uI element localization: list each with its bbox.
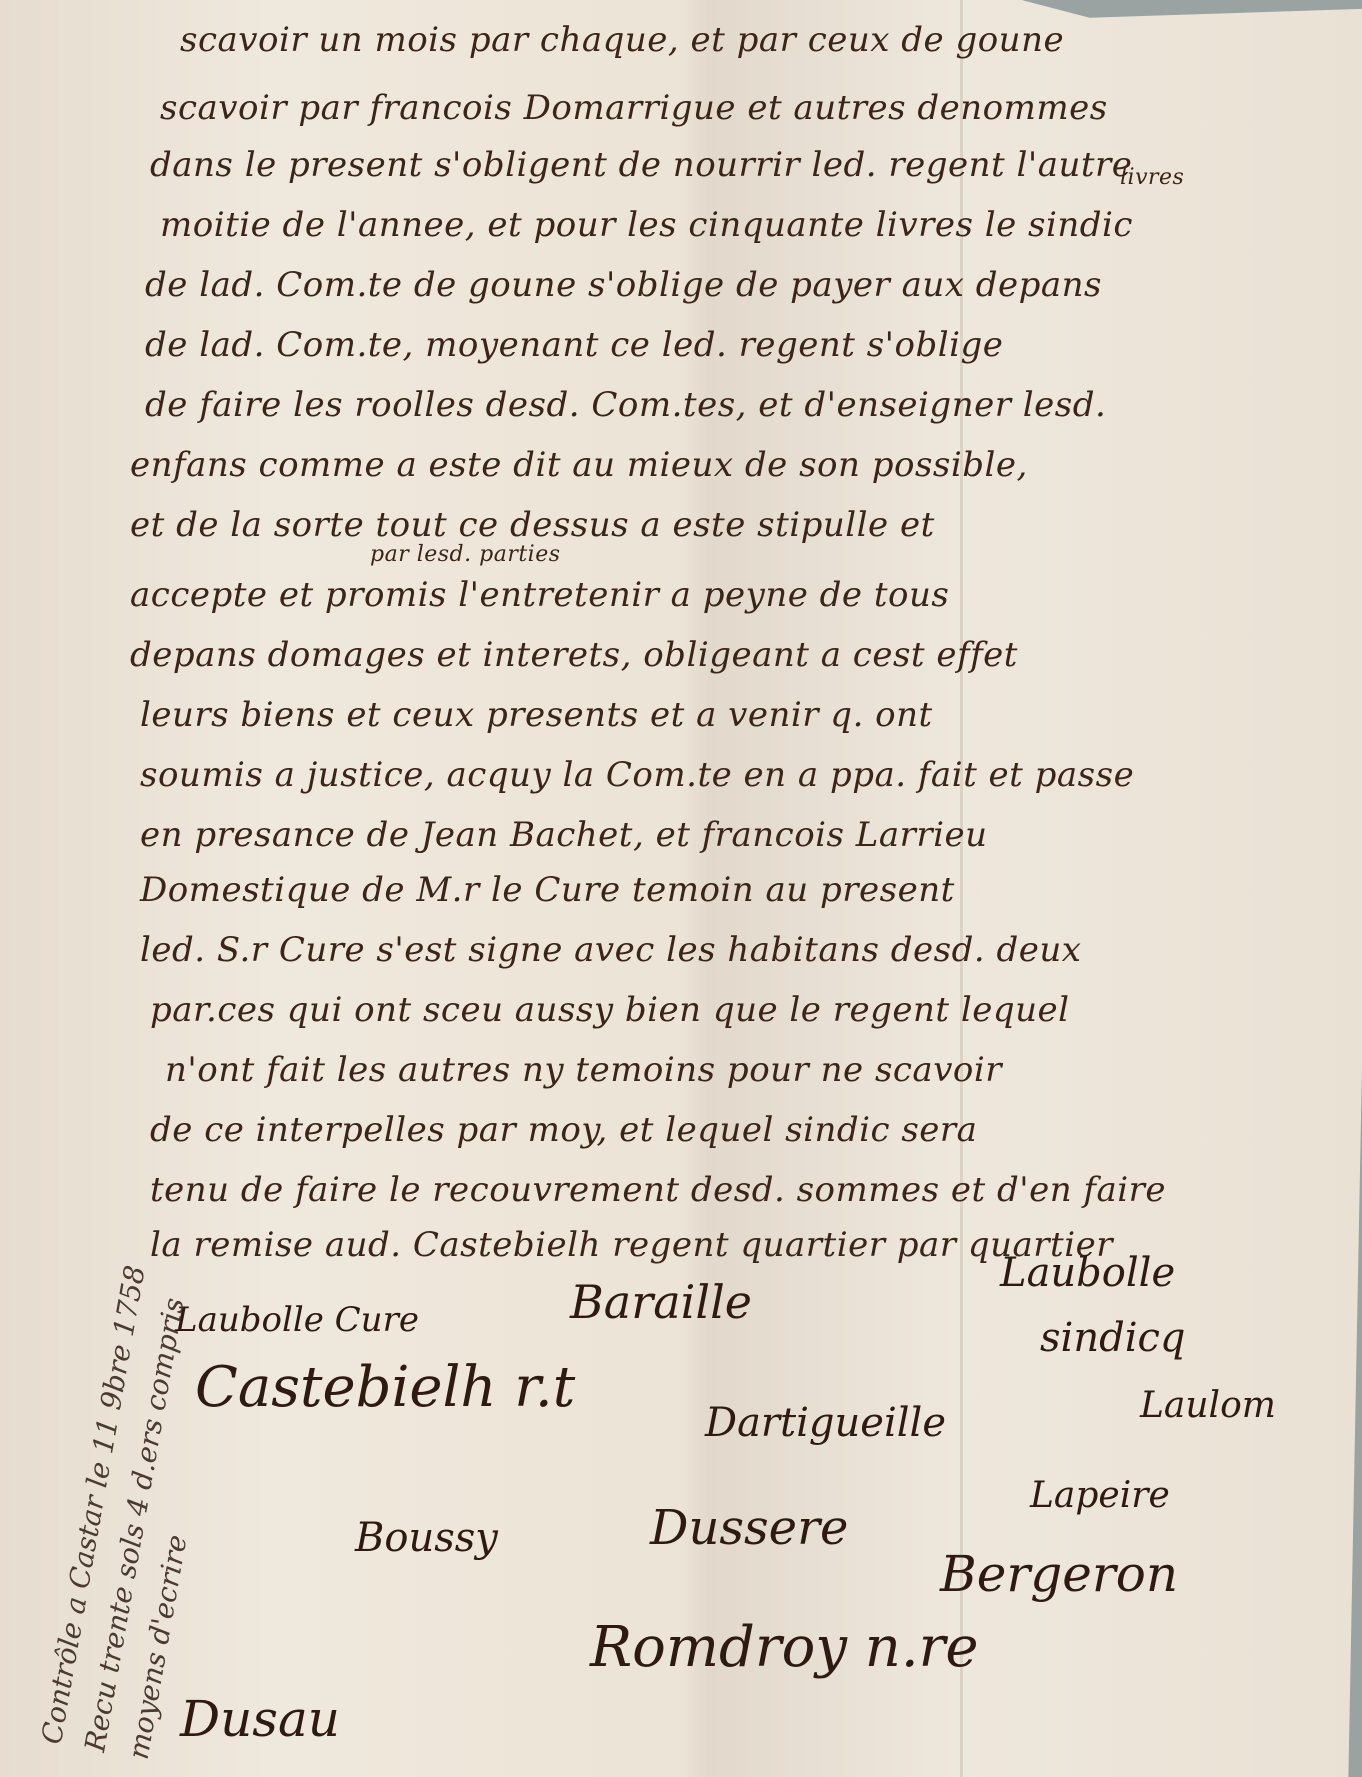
signature: Dusau: [180, 1690, 340, 1748]
signature: Dartigueille: [705, 1400, 946, 1446]
body-line: en presance de Jean Bachet, et francois …: [140, 815, 988, 855]
body-line: de lad. Com.te de goune s'oblige de paye…: [145, 265, 1102, 305]
signature: Lapeire: [1030, 1475, 1170, 1516]
body-line: par.ces qui ont sceu aussy bien que le r…: [150, 990, 1070, 1030]
interlinear-note: par lesd. parties: [370, 542, 561, 567]
signature: Castebielh r.t: [195, 1355, 575, 1420]
signature: sindicq: [1040, 1315, 1186, 1361]
body-line: la remise aud. Castebielh regent quartie…: [150, 1225, 1113, 1265]
body-line: accepte et promis l'entretenir a peyne d…: [130, 575, 949, 615]
signature: Romdroy n.re: [590, 1615, 979, 1680]
signature: Laubolle: [1000, 1250, 1175, 1296]
body-line: de lad. Com.te, moyenant ce led. regent …: [145, 325, 1003, 365]
body-line: n'ont fait les autres ny temoins pour ne…: [165, 1050, 1002, 1090]
signature: Laulom: [1140, 1385, 1276, 1426]
interlinear-note: livres: [1120, 165, 1184, 190]
body-line: soumis a justice, acquy la Com.te en a p…: [140, 755, 1134, 795]
body-line: led. S.r Cure s'est signe avec les habit…: [140, 930, 1081, 970]
body-line: leurs biens et ceux presents et a venir …: [140, 695, 933, 735]
body-line: et de la sorte tout ce dessus a este sti…: [130, 505, 935, 545]
body-line: de faire les roolles desd. Com.tes, et d…: [145, 385, 1106, 425]
body-line: de ce interpelles par moy, et lequel sin…: [150, 1110, 977, 1150]
body-line: depans domages et interets, obligeant a …: [130, 635, 1018, 675]
body-line: tenu de faire le recouvrement desd. somm…: [150, 1170, 1166, 1210]
body-line: dans le present s'obligent de nourrir le…: [150, 145, 1132, 185]
signature: Bergeron: [940, 1545, 1178, 1603]
manuscript-page: scavoir un mois par chaque, et par ceux …: [0, 0, 1362, 1777]
body-line: Domestique de M.r le Cure temoin au pres…: [140, 870, 955, 910]
body-line: enfans comme a este dit au mieux de son …: [130, 445, 1028, 485]
signature: Baraille: [570, 1275, 752, 1329]
body-line: scavoir par francois Domarrigue et autre…: [160, 88, 1108, 128]
signature: Boussy: [355, 1515, 498, 1561]
margin-note: Contrôle a Castar le 11 9bre 1758 Recu t…: [30, 1262, 244, 1763]
body-line: moitie de l'annee, et pour les cinquante…: [160, 205, 1133, 245]
body-line: scavoir un mois par chaque, et par ceux …: [180, 20, 1064, 60]
signature: Dussere: [650, 1500, 848, 1556]
